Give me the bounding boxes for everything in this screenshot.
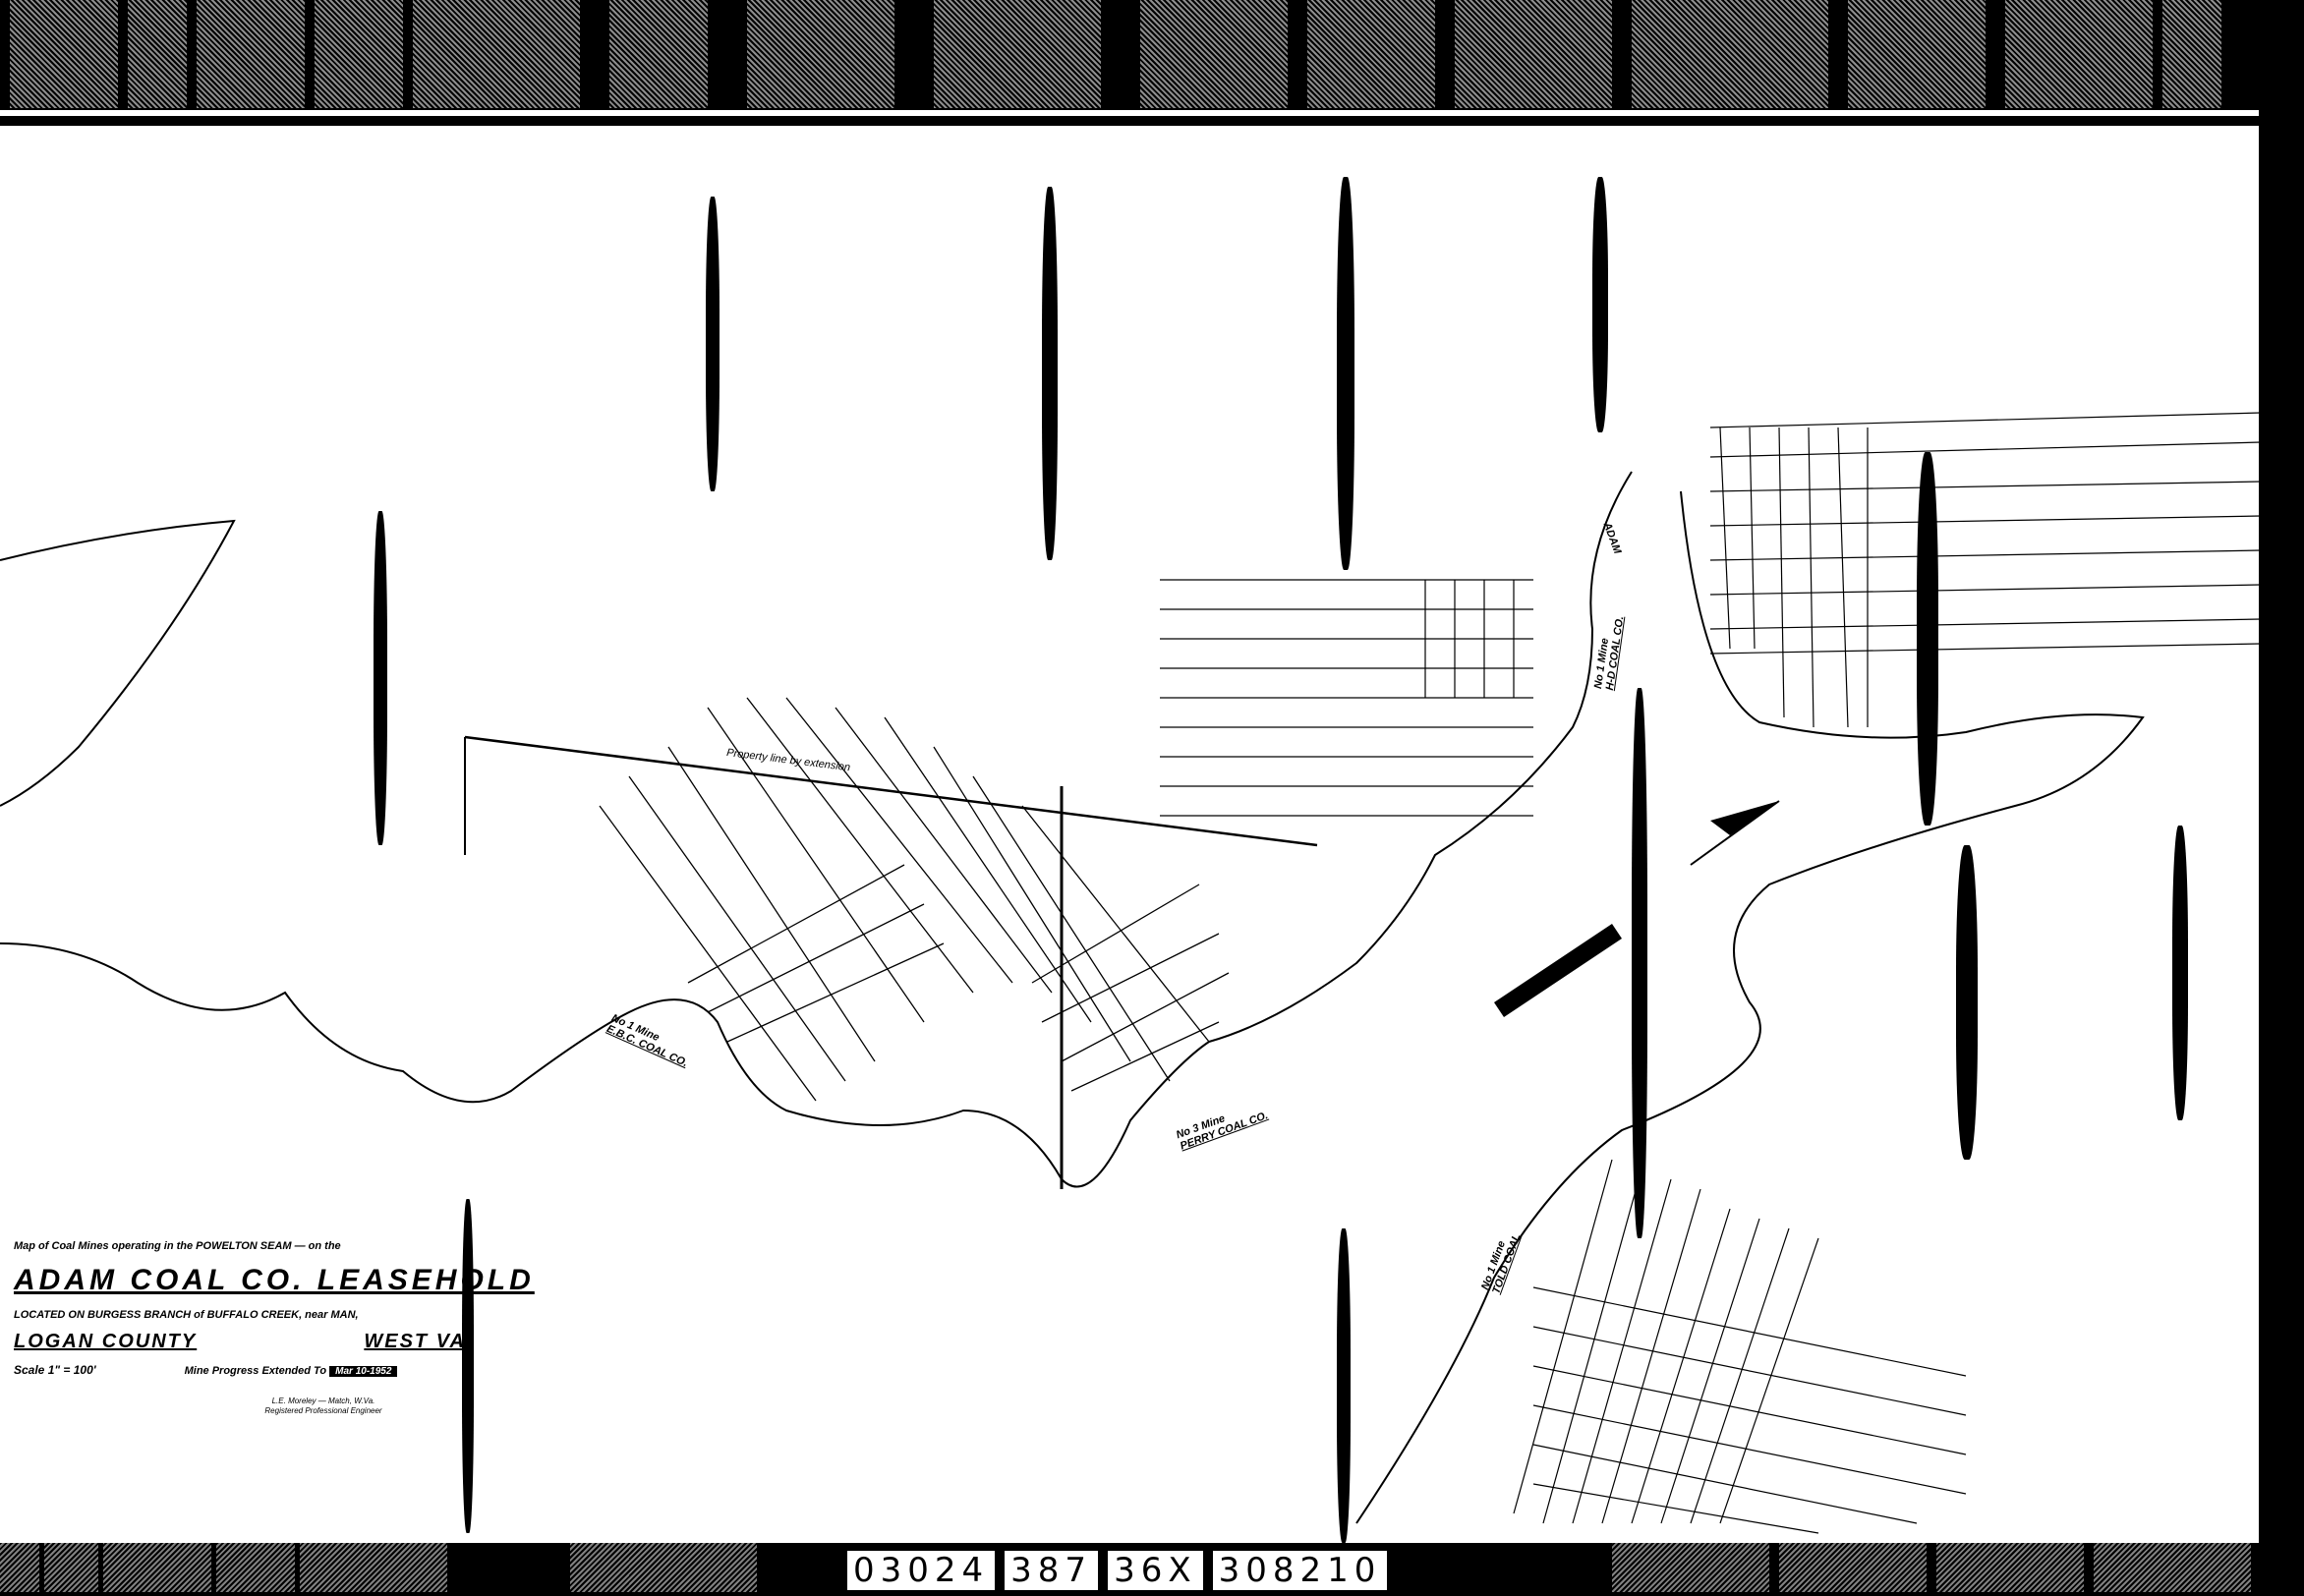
film-frame — [103, 1543, 211, 1592]
film-divider — [0, 110, 2304, 116]
film-frame — [609, 0, 708, 108]
mine-workings-hatch — [600, 698, 1229, 1101]
progress-date: Mar 10-1952 — [329, 1366, 397, 1377]
film-frame — [2094, 1543, 2251, 1592]
film-frame — [1455, 0, 1612, 108]
creek-line-east — [1356, 491, 2143, 1523]
tipple-structure — [1494, 924, 1622, 1017]
film-frame — [1612, 1543, 1769, 1592]
fold-shadow — [1592, 177, 1608, 432]
microfilm-reel-id: 03024 387 36X 308210 — [847, 1551, 1387, 1590]
creek-line — [0, 472, 1632, 1187]
film-frame — [1307, 0, 1435, 108]
progress-label: Mine Progress Extended To Mar 10-1952 — [185, 1365, 398, 1377]
map-title: ADAM COAL CO. LEASEHOLD — [14, 1264, 466, 1297]
fold-shadow — [2172, 826, 2188, 1120]
north-arrow-icon — [1710, 801, 1779, 835]
fold-shadow — [1337, 177, 1354, 570]
film-edge — [2259, 0, 2304, 1596]
fold-shadow — [1917, 452, 1938, 826]
reel-code: 36X — [1108, 1551, 1203, 1590]
film-strip-top — [0, 0, 2304, 126]
film-frame — [128, 0, 187, 108]
film-frame — [315, 0, 403, 108]
fold-shadow — [374, 511, 387, 845]
map-title-block: Map of Coal Mines operating in the POWEL… — [14, 1240, 466, 1416]
film-frame — [1779, 1543, 1927, 1592]
property-outline — [0, 521, 234, 806]
map-location: LOCATED ON BURGESS BRANCH of BUFFALO CRE… — [14, 1309, 466, 1321]
film-frame — [747, 0, 894, 108]
mine-workings-grid-hd — [1160, 580, 1533, 816]
film-frame — [413, 0, 580, 108]
fold-shadow — [706, 197, 720, 491]
film-frame — [10, 0, 118, 108]
reel-code: 03024 — [847, 1551, 995, 1590]
engineer-signature: L.E. Moreley — Match, W.Va. Registered P… — [181, 1396, 466, 1416]
arrow-line — [1691, 801, 1779, 865]
scale-label: Scale 1" = 100' — [14, 1363, 96, 1377]
fold-shadow — [1337, 1228, 1351, 1543]
fold-shadow — [1632, 688, 1647, 1238]
film-frame — [1936, 1543, 2084, 1592]
map-subtitle: Map of Coal Mines operating in the POWEL… — [14, 1240, 466, 1252]
film-frame — [1632, 0, 1828, 108]
mine-workings-grid-bottom — [1514, 1160, 1966, 1533]
film-frame — [1848, 0, 1986, 108]
film-frame — [1140, 0, 1288, 108]
film-frame — [44, 1543, 98, 1592]
county-label: LOGAN COUNTY — [14, 1331, 197, 1353]
film-frame — [216, 1543, 295, 1592]
reel-code: 387 — [1005, 1551, 1098, 1590]
film-frame — [300, 1543, 447, 1592]
mine-workings-grid-adam — [1710, 413, 2261, 727]
film-frame — [2162, 0, 2221, 108]
film-frame — [934, 0, 1101, 108]
state-label: WEST VA — [364, 1331, 466, 1353]
fold-shadow — [1956, 845, 1978, 1160]
reel-code: 308210 — [1213, 1551, 1388, 1590]
film-frame — [570, 1543, 629, 1592]
film-frame — [2005, 0, 2153, 108]
film-frame — [197, 0, 305, 108]
film-frame — [0, 1543, 39, 1592]
film-frame — [629, 1543, 757, 1592]
fold-shadow — [1042, 187, 1058, 560]
